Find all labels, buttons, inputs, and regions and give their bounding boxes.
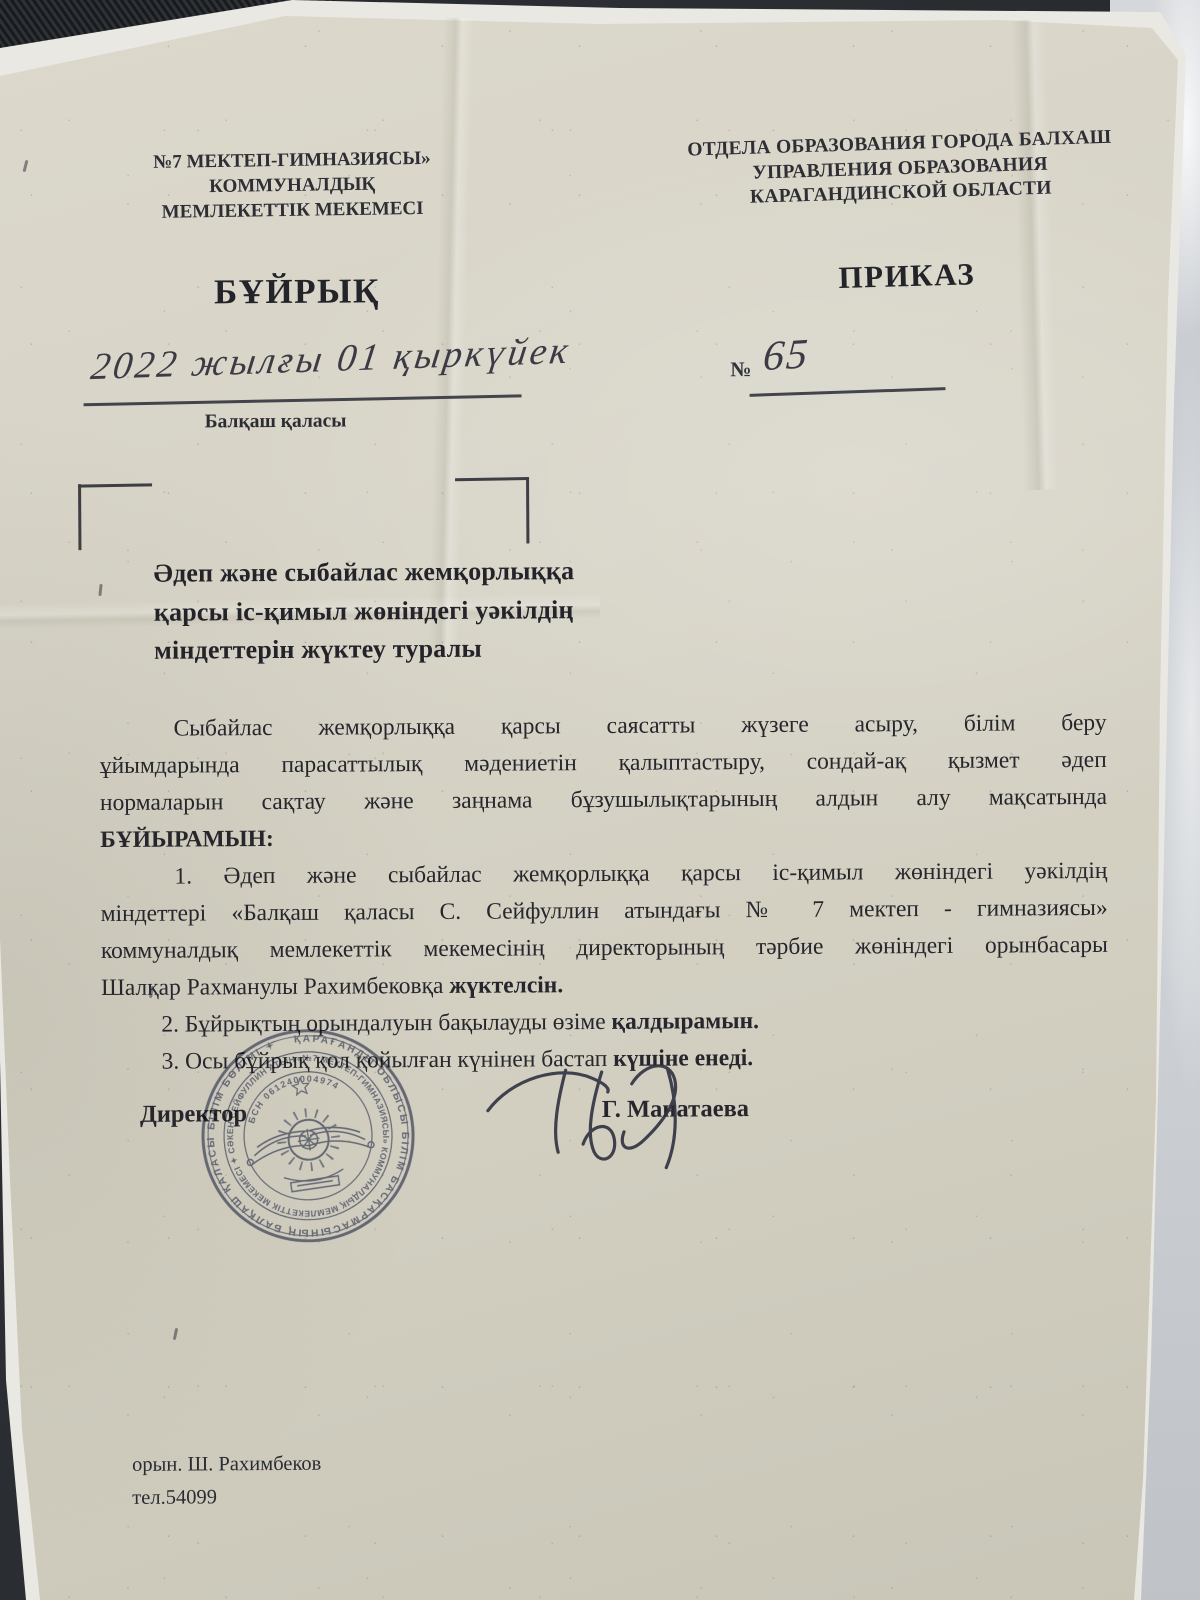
body-line: коммуналдық мемлекеттік мекемесінің дире… [101,927,1108,970]
city-line: Балқаш қаласы [205,411,347,434]
handwritten-date: 2022 жылғы 01 қыркүйек [88,329,574,390]
document-title: Әдеп және сыбайлас жемқорлыққа қарсы іс-… [153,552,600,670]
body-line: ұйымдарында парасаттылық мәдениетін қалы… [100,742,1107,785]
title-line2: қарсы іс-қимыл жөніндегі уәкілдің [154,590,600,631]
corner-mark-right-vertical [526,477,529,543]
item2-bold: қалдырамын. [611,1008,759,1035]
document-footer: орын. Ш. Рахимбеков тел.54099 [132,1448,322,1515]
handwritten-order-number: 65 [761,330,811,381]
resolve-word: БҰЙЫРАМЫН: [100,816,1107,859]
order-word-kazakh: БҰЙРЫҚ [157,271,437,313]
body-line: нормаларын сақтау және заңнама бұзушылық… [100,779,1107,822]
body-line: 1. Әдеп және сыбайлас жемқорлыққа қарсы … [100,853,1107,896]
corner-mark-left-horizontal [78,483,152,487]
date-underline [84,394,522,405]
item1-last-bold: жүктелсін. [449,972,563,999]
item1-last-prefix: Шалқар Рахманулы Рахимбековқа [101,973,449,1001]
state-emblem [236,1069,379,1197]
org-name-kazakh: №7 МЕКТЕП-ГИМНАЗИЯСЫ» КОММУНАЛДЫҚ МЕМЛЕК… [124,145,461,225]
stamp-middle-text: «№7 МЕКТЕП-ГИМНАЗИЯСЫ» КОММУНАЛДЫҚ МЕМЛЕ… [186,1013,403,1234]
corner-mark-right-horizontal [455,477,529,481]
number-underline [750,387,946,396]
title-line3: міндеттерін жүктеу туралы [154,629,600,670]
body-line: Шалқар Рахманулы Рахимбековқа жүктелсін. [101,964,1108,1007]
photo-of-document: { "document": { "org_kk": { "line1": "№7… [0,0,1200,1600]
executor-line: орын. Ш. Рахимбеков [132,1448,321,1482]
number-sign: № [730,357,751,382]
document-body: Сыбайлас жемқорлыққа қарсы саясатты жүзе… [99,705,1108,1081]
corner-mark-left-vertical [78,484,81,550]
official-round-stamp: ҚАРАҒАНДЫ ОБЛЫСЫ БІЛІМ БАСҚАРМАСЫНЫҢ БАЛ… [186,1013,431,1258]
org-name-russian: ОТДЕЛА ОБРАЗОВАНИЯ ГОРОДА БАЛХАШ УПРАВЛЕ… [651,125,1149,214]
body-line: Сыбайлас жемқорлыққа қарсы саясатты жүзе… [99,705,1106,748]
document-content: №7 МЕКТЕП-ГИМНАЗИЯСЫ» КОММУНАЛДЫҚ МЕМЛЕК… [0,0,1200,1600]
body-line: міндеттері «Балқаш қаласы С. Сейфуллин а… [101,890,1108,933]
phone-line: тел.54099 [132,1481,321,1515]
org-kk-line3: МЕМЛЕКЕТТІК МЕКЕМЕСІ [124,195,460,225]
handwritten-signature [469,1035,770,1182]
org-kk-line1: №7 МЕКТЕП-ГИМНАЗИЯСЫ» [124,145,460,175]
title-line1: Әдеп және сыбайлас жемқорлыққа [153,552,599,593]
order-word-russian: ПРИКАЗ [766,254,1047,298]
